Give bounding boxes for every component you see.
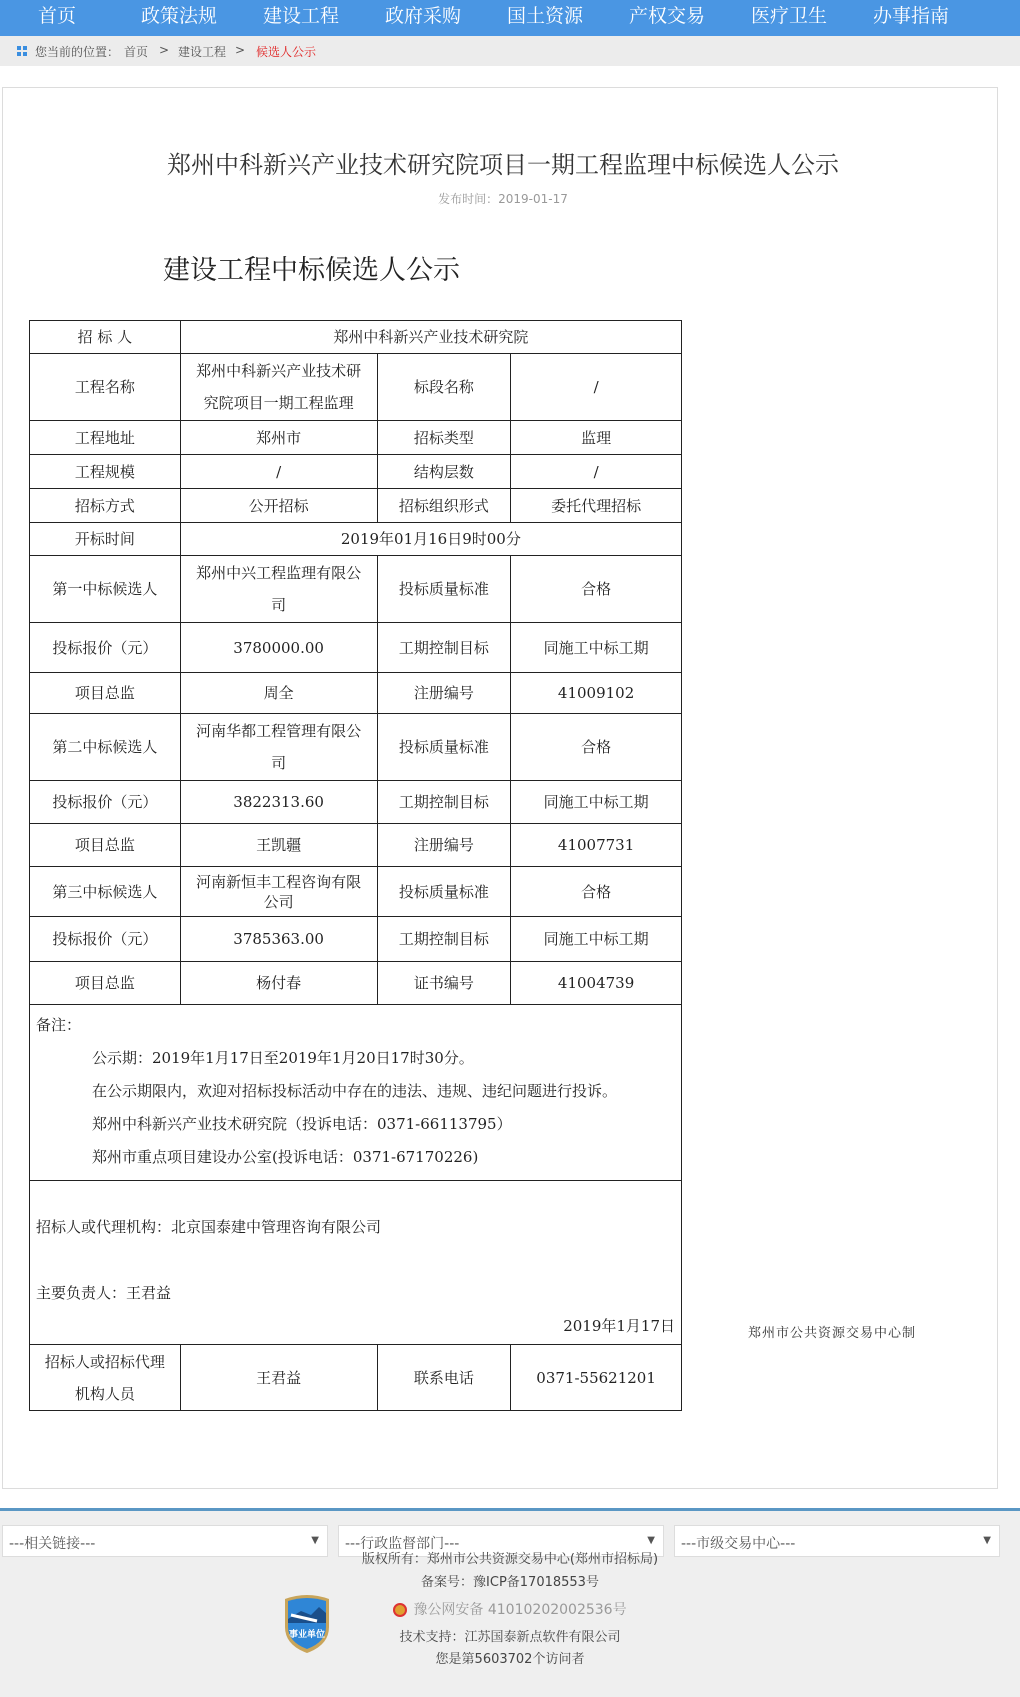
table-row: 投标报价（元） 3780000.00 工期控制目标 同施工中标工期 — [30, 623, 682, 673]
table-row: 第三中标候选人 河南新恒丰工程咨询有限公司 投标质量标准 合格 — [30, 867, 682, 917]
price-value: 3822313.60 — [180, 781, 377, 824]
dropdown-arrow-icon: ▼ — [983, 1535, 991, 1546]
table-row: 投标报价（元） 3785363.00 工期控制目标 同施工中标工期 — [30, 917, 682, 962]
table-row: 招标方式 公开招标 招标组织形式 委托代理招标 — [30, 489, 682, 523]
contact-name: 王君益 — [180, 1345, 377, 1411]
table-row: 项目总监 王凯疆 注册编号 41007731 — [30, 824, 682, 867]
nav-item-home[interactable]: 首页 — [2, 0, 112, 36]
period-label: 工期控制目标 — [377, 623, 511, 673]
nav-item-construction[interactable]: 建设工程 — [246, 0, 356, 36]
candidate-rank-label: 第二中标候选人 — [30, 714, 181, 781]
breadcrumb-home[interactable]: 首页 — [124, 43, 148, 60]
cert-value: 41004739 — [511, 962, 682, 1005]
method-value: 公开招标 — [180, 489, 377, 523]
cert-value: 41007731 — [511, 824, 682, 867]
quality-value: 合格 — [511, 556, 682, 623]
page-title: 郑州中科新兴产业技术研究院项目一期工程监理中标候选人公示 — [3, 145, 1003, 180]
phone-label: 联系电话 — [377, 1345, 511, 1411]
notes-block: 备注： 公示期：2019年1月17日至2019年1月20日17时30分。 在公示… — [30, 1005, 681, 1180]
made-by: 郑州市公共资源交易中心制 — [748, 1322, 916, 1341]
table-row: 招标人或招标代理机构人员 王君益 联系电话 0371-55621201 — [30, 1345, 682, 1411]
director-value: 周全 — [180, 673, 377, 714]
cert-label: 注册编号 — [377, 824, 511, 867]
nav-item-guide[interactable]: 办事指南 — [856, 0, 966, 36]
police-emblem-icon — [393, 1603, 407, 1617]
visitor-count: 您是第5603702个访问者 — [0, 1648, 1020, 1667]
nav-item-property[interactable]: 产权交易 — [612, 0, 722, 36]
police-record[interactable]: 豫公网安备 41010202002536号 — [0, 1599, 1020, 1619]
table-row: 工程规模 / 结构层数 / — [30, 455, 682, 489]
breadcrumb-construction[interactable]: 建设工程 — [178, 43, 226, 60]
table-row: 项目总监 周全 注册编号 41009102 — [30, 673, 682, 714]
icp-record[interactable]: 备案号：豫ICP备17018553号 — [0, 1571, 1020, 1590]
table-row: 工程地址 郑州市 招标类型 监理 — [30, 421, 682, 455]
quality-label: 投标质量标准 — [377, 867, 511, 917]
period-value: 同施工中标工期 — [511, 623, 682, 673]
table-row: 投标报价（元） 3822313.60 工期控制目标 同施工中标工期 — [30, 781, 682, 824]
dropdown-arrow-icon: ▼ — [647, 1535, 655, 1546]
director-value: 王凯疆 — [180, 824, 377, 867]
agent-date: 2019年1月17日 — [36, 1310, 675, 1343]
org-form-label: 招标组织形式 — [377, 489, 511, 523]
cert-value: 41009102 — [511, 673, 682, 714]
director-value: 杨付春 — [180, 962, 377, 1005]
org-form-value: 委托代理招标 — [511, 489, 682, 523]
project-name-label: 工程名称 — [30, 354, 181, 421]
period-value: 同施工中标工期 — [511, 917, 682, 962]
notes-line: 公示期：2019年1月17日至2019年1月20日17时30分。 — [36, 1042, 675, 1075]
table-row: 第一中标候选人 郑州中兴工程监理有限公司 投标质量标准 合格 — [30, 556, 682, 623]
quality-value: 合格 — [511, 867, 682, 917]
nav-item-medical[interactable]: 医疗卫生 — [734, 0, 844, 36]
price-label: 投标报价（元） — [30, 623, 181, 673]
director-label: 项目总监 — [30, 673, 181, 714]
breadcrumb-separator: > — [235, 43, 245, 57]
article-card: 郑州中科新兴产业技术研究院项目一期工程监理中标候选人公示 发布时间：2019-0… — [2, 87, 998, 1489]
section-name-label: 标段名称 — [377, 354, 511, 421]
footer: ---相关链接--- ▼ ---行政监督部门--- ▼ ---市级交易中心---… — [0, 1508, 1020, 1697]
table-row-agent: 招标人或代理机构：北京国泰建中管理咨询有限公司 主要负责人：王君益 2019年1… — [30, 1181, 682, 1345]
scale-label: 工程规模 — [30, 455, 181, 489]
director-label: 项目总监 — [30, 962, 181, 1005]
price-label: 投标报价（元） — [30, 917, 181, 962]
cert-label: 证书编号 — [377, 962, 511, 1005]
cert-label: 注册编号 — [377, 673, 511, 714]
phone-value: 0371-55621201 — [511, 1345, 682, 1411]
bid-type-label: 招标类型 — [377, 421, 511, 455]
grid-icon — [17, 46, 27, 56]
breadcrumb-current: 候选人公示 — [256, 43, 316, 60]
police-record-text: 豫公网安备 41010202002536号 — [413, 1602, 626, 1618]
table-row: 第二中标候选人 河南华都工程管理有限公司 投标质量标准 合格 — [30, 714, 682, 781]
floors-value: / — [511, 455, 682, 489]
price-value: 3785363.00 — [180, 917, 377, 962]
table-row: 项目总监 杨付春 证书编号 41004739 — [30, 962, 682, 1005]
notes-label: 备注： — [36, 1009, 675, 1042]
candidate-name: 河南新恒丰工程咨询有限公司 — [180, 867, 377, 917]
nav-item-policy[interactable]: 政策法规 — [124, 0, 234, 36]
table-row: 招 标 人 郑州中科新兴产业技术研究院 — [30, 321, 682, 354]
quality-label: 投标质量标准 — [377, 556, 511, 623]
notes-line: 在公示期限内，欢迎对招标投标活动中存在的违法、违规、违纪问题进行投诉。 — [36, 1075, 675, 1108]
table-row-notes: 备注： 公示期：2019年1月17日至2019年1月20日17时30分。 在公示… — [30, 1005, 682, 1181]
section-name-value: / — [511, 354, 682, 421]
price-label: 投标报价（元） — [30, 781, 181, 824]
top-nav: 首页 政策法规 建设工程 政府采购 国土资源 产权交易 医疗卫生 办事指南 — [0, 0, 1020, 36]
address-label: 工程地址 — [30, 421, 181, 455]
dropdown-arrow-icon: ▼ — [311, 1535, 319, 1546]
agent-org: 招标人或代理机构：北京国泰建中管理咨询有限公司 — [36, 1211, 675, 1244]
period-label: 工期控制目标 — [377, 917, 511, 962]
tech-support: 技术支持：江苏国泰新点软件有限公司 — [0, 1626, 1020, 1645]
agent-person: 主要负责人：王君益 — [36, 1277, 675, 1310]
breadcrumb-prefix: 您当前的位置： — [35, 43, 119, 60]
nav-item-procurement[interactable]: 政府采购 — [368, 0, 478, 36]
floors-label: 结构层数 — [377, 455, 511, 489]
candidate-name: 郑州中兴工程监理有限公司 — [180, 556, 377, 623]
table-row: 开标时间 2019年01月16日9时00分 — [30, 523, 682, 556]
tenderer-value: 郑州中科新兴产业技术研究院 — [180, 321, 681, 354]
method-label: 招标方式 — [30, 489, 181, 523]
candidate-rank-label: 第一中标候选人 — [30, 556, 181, 623]
section-heading: 建设工程中标候选人公示 — [163, 248, 460, 287]
notes-line: 郑州市重点项目建设办公室(投诉电话：0371-67170226) — [36, 1141, 675, 1174]
nav-item-land[interactable]: 国土资源 — [490, 0, 600, 36]
price-value: 3780000.00 — [180, 623, 377, 673]
quality-value: 合格 — [511, 714, 682, 781]
copyright: 版权所有：郑州市公共资源交易中心(郑州市招标局) — [0, 1548, 1020, 1567]
notes-line: 郑州中科新兴产业技术研究院（投诉电话：0371-66113795） — [36, 1108, 675, 1141]
candidate-table: 招 标 人 郑州中科新兴产业技术研究院 工程名称 郑州中科新兴产业技术研究院项目… — [29, 320, 682, 1411]
breadcrumb: 您当前的位置： 首页 > 建设工程 > 候选人公示 — [0, 36, 1020, 66]
contact-label: 招标人或招标代理机构人员 — [30, 1345, 181, 1411]
open-time-label: 开标时间 — [30, 523, 181, 556]
scale-value: / — [180, 455, 377, 489]
tenderer-label: 招 标 人 — [30, 321, 181, 354]
quality-label: 投标质量标准 — [377, 714, 511, 781]
open-time-value: 2019年01月16日9时00分 — [180, 523, 681, 556]
candidate-name: 河南华都工程管理有限公司 — [180, 714, 377, 781]
publish-time: 发布时间：2019-01-17 — [3, 190, 1003, 207]
address-value: 郑州市 — [180, 421, 377, 455]
agent-block: 招标人或代理机构：北京国泰建中管理咨询有限公司 主要负责人：王君益 2019年1… — [30, 1211, 681, 1343]
period-label: 工期控制目标 — [377, 781, 511, 824]
bid-type-value: 监理 — [511, 421, 682, 455]
table-row: 工程名称 郑州中科新兴产业技术研究院项目一期工程监理 标段名称 / — [30, 354, 682, 421]
project-name-value: 郑州中科新兴产业技术研究院项目一期工程监理 — [180, 354, 377, 421]
candidate-rank-label: 第三中标候选人 — [30, 867, 181, 917]
breadcrumb-separator: > — [159, 43, 169, 57]
director-label: 项目总监 — [30, 824, 181, 867]
period-value: 同施工中标工期 — [511, 781, 682, 824]
